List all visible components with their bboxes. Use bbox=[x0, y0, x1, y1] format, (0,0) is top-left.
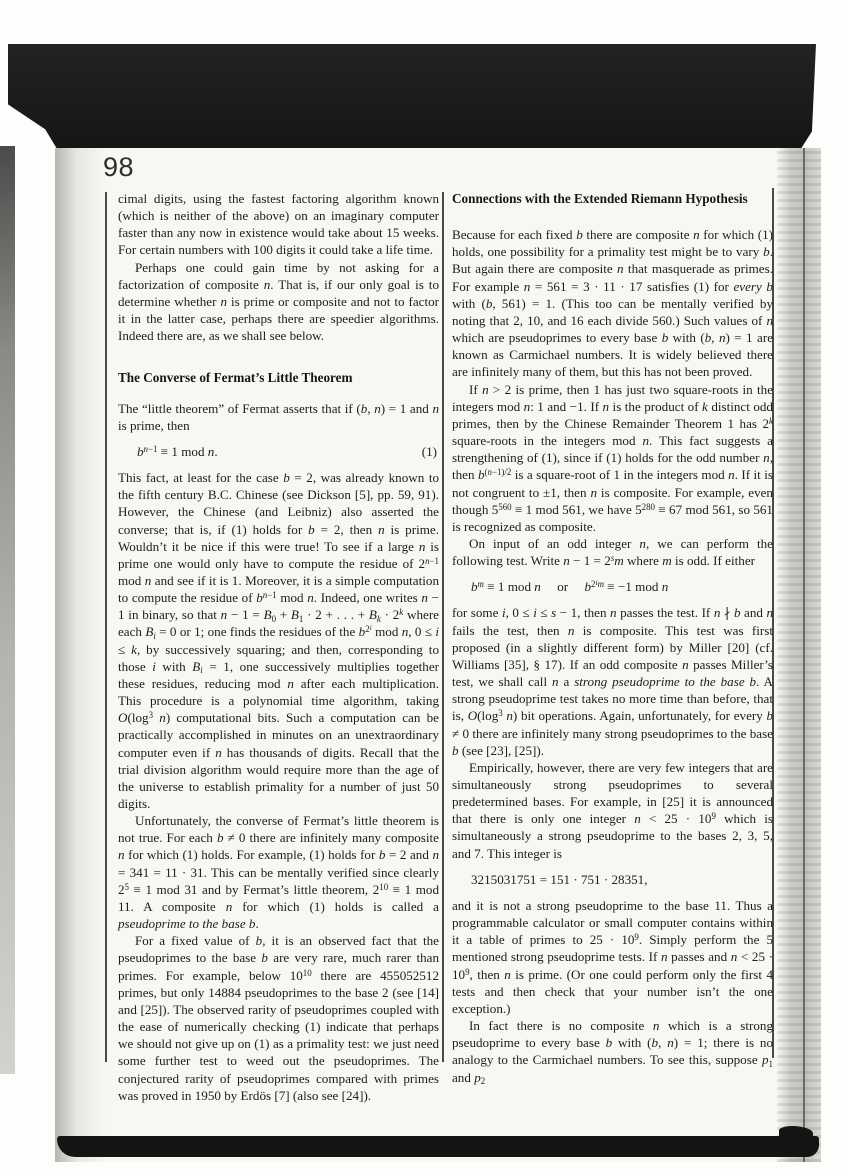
paragraph: In fact there is no composite n which is… bbox=[452, 1017, 773, 1086]
section-heading: Connections with the Extended Riemann Hy… bbox=[452, 190, 773, 207]
page-edge-shadow-far-left bbox=[0, 146, 15, 1074]
paragraph: On input of an odd integer n, we can per… bbox=[452, 535, 773, 569]
right-column: Connections with the Extended Riemann Hy… bbox=[452, 190, 773, 1086]
equation-1: bn−1 ≡ 1 mod n. (1) bbox=[118, 443, 439, 460]
equation-body: 3215031751 = 151 · 751 · 28351, bbox=[471, 871, 648, 888]
book-cover-top-band bbox=[8, 44, 816, 148]
paragraph: Perhaps one could gain time by not askin… bbox=[118, 259, 439, 345]
page-number: 98 bbox=[103, 152, 134, 183]
paragraph: for some i, 0 ≤ i ≤ s − 1, then n passes… bbox=[452, 604, 773, 758]
paragraph: If n > 2 is prime, then 1 has just two s… bbox=[452, 381, 773, 535]
page-gutter-shadow-left bbox=[55, 148, 107, 1162]
paragraph: Empirically, however, there are very few… bbox=[452, 759, 773, 862]
column-divider-rule bbox=[442, 192, 444, 1062]
paragraph: and it is not a strong pseudoprime to th… bbox=[452, 897, 773, 1017]
equation-body: bm ≡ 1 mod n or b2im ≡ −1 mod n bbox=[471, 578, 668, 595]
page: 98 cimal digits, using the fastest facto… bbox=[55, 148, 821, 1162]
paragraph: This fact, at least for the case b = 2, … bbox=[118, 469, 439, 812]
section-heading: The Converse of Fermat’s Little Theorem bbox=[118, 369, 439, 386]
paragraph: Because for each fixed b there are compo… bbox=[452, 226, 773, 380]
column-rule-left bbox=[105, 192, 107, 1062]
left-column: cimal digits, using the fastest factorin… bbox=[118, 190, 439, 1104]
paragraph: For a fixed value of b, it is an observe… bbox=[118, 932, 439, 1104]
book-edge-bottom-band bbox=[57, 1136, 819, 1157]
scanned-page: 98 cimal digits, using the fastest facto… bbox=[0, 0, 848, 1170]
paragraph: cimal digits, using the fastest factorin… bbox=[118, 190, 439, 259]
miller-test-equation: bm ≡ 1 mod n or b2im ≡ −1 mod n bbox=[452, 578, 773, 595]
scan-noise-strip-right bbox=[777, 148, 821, 1162]
factorization-equation: 3215031751 = 151 · 751 · 28351, bbox=[452, 871, 773, 888]
paragraph: Unfortunately, the converse of Fermat’s … bbox=[118, 812, 439, 932]
paragraph: The “little theorem” of Fermat asserts t… bbox=[118, 400, 439, 434]
equation-body: bn−1 ≡ 1 mod n. bbox=[137, 443, 218, 460]
equation-number: (1) bbox=[422, 443, 439, 460]
